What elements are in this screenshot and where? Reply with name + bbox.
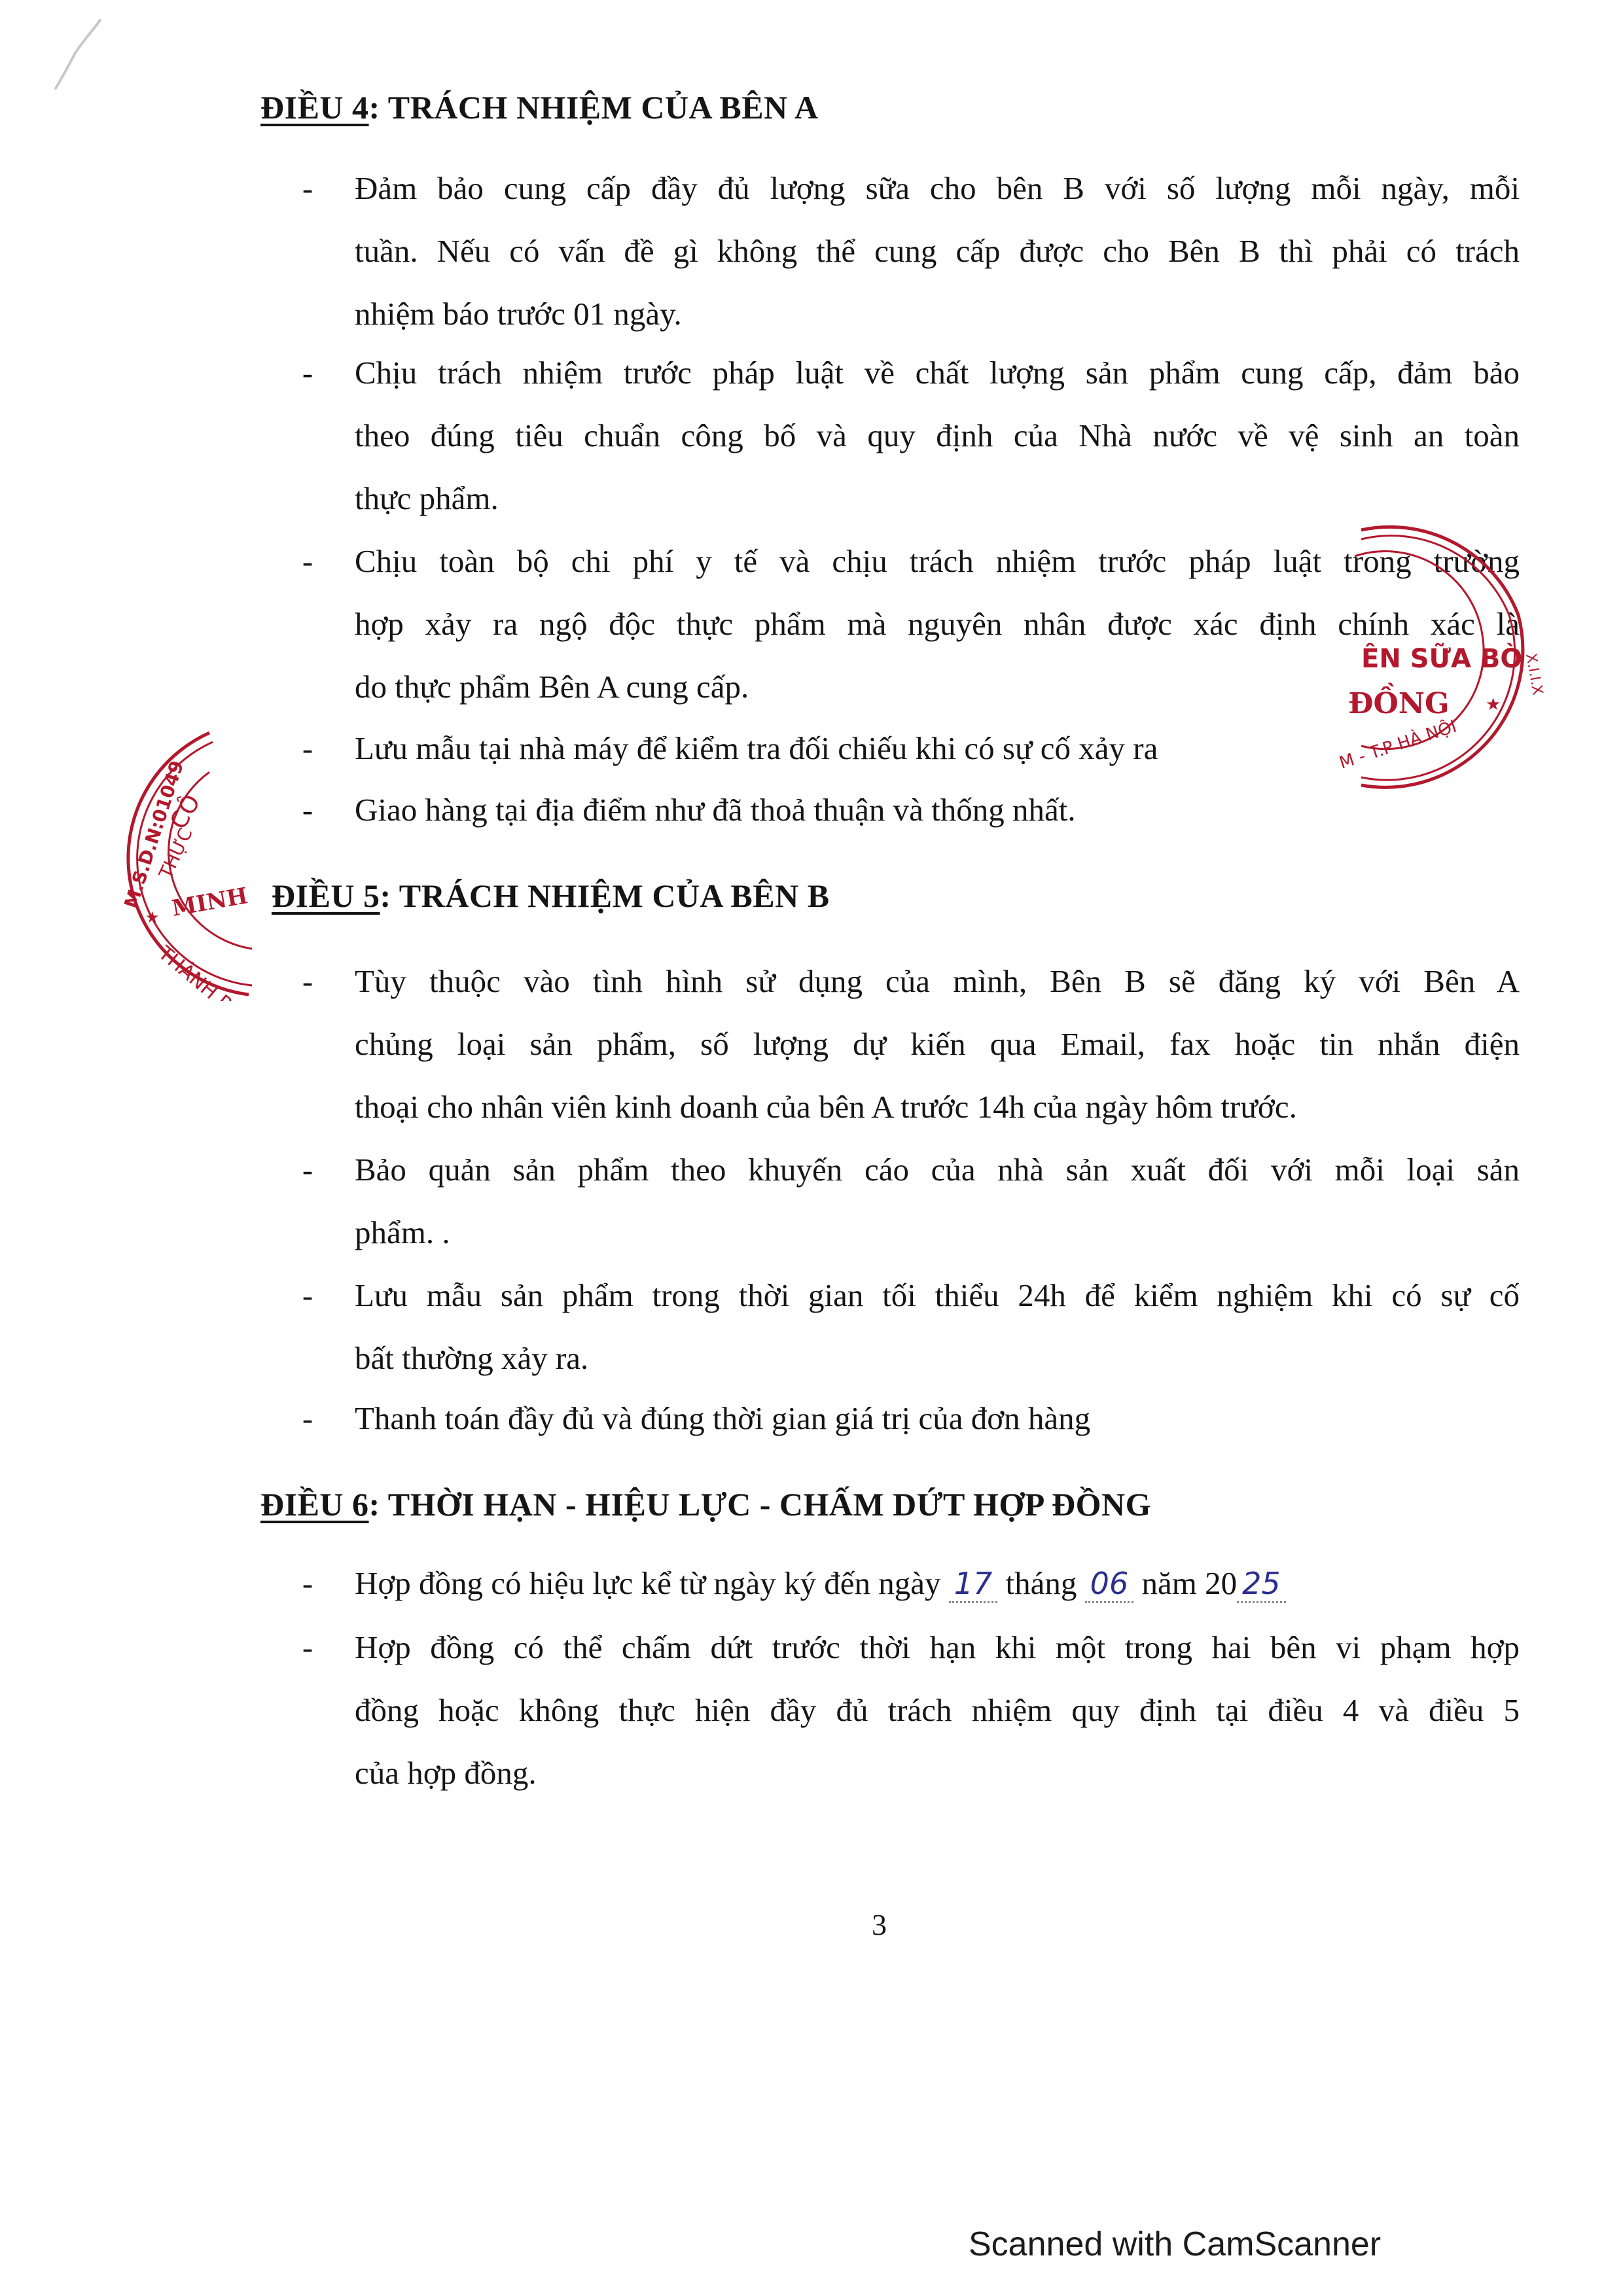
bullet-dash: - <box>301 1616 314 1679</box>
section-title: : TRÁCH NHIỆM CỦA BÊN B <box>380 877 830 914</box>
section-title: : THỜI HẠN - HIỆU LỰC - CHẤM DỨT HỢP ĐỒN… <box>369 1486 1152 1523</box>
svg-text:THÀNH P: THÀNH P <box>153 941 236 1001</box>
section-number: ĐIỀU 5 <box>272 877 380 914</box>
bullet-dash: - <box>301 1264 314 1327</box>
bullet-dash: - <box>301 717 314 780</box>
bullet-dash: - <box>301 1387 314 1450</box>
svg-text:MINH: MINH <box>170 883 250 922</box>
handwritten-year: 25 <box>1237 1566 1286 1603</box>
bullet-dash: - <box>301 779 314 841</box>
section-heading-dieu-4: ĐIỀU 4: TRÁCH NHIỆM CỦA BÊN A <box>260 88 819 126</box>
bullet-dash: - <box>301 1552 314 1615</box>
section-title: : TRÁCH NHIỆM CỦA BÊN A <box>369 89 819 126</box>
camscanner-watermark: Scanned with CamScanner <box>969 2225 1381 2264</box>
svg-text:★: ★ <box>145 910 160 927</box>
section-heading-dieu-6: ĐIỀU 6: THỜI HẠN - HIỆU LỰC - CHẤM DỨT H… <box>260 1485 1151 1523</box>
svg-text:X.I.I.X: X.I.I.X <box>1522 652 1546 696</box>
bullet-dash: - <box>301 1139 314 1201</box>
section-number: ĐIỀU 4 <box>260 89 369 126</box>
bullet-dash: - <box>301 950 314 1013</box>
bullet-dash: - <box>301 530 314 593</box>
bullet-dash: - <box>301 342 314 404</box>
svg-text:M.S.D.N:01049: M.S.D.N:01049 <box>120 758 188 911</box>
svg-text:THỰC: THỰC <box>154 824 197 883</box>
page-number: 3 <box>872 1907 887 1942</box>
svg-text:CÔ: CÔ <box>164 790 205 834</box>
handwritten-day: 17 <box>954 1566 993 1601</box>
bullet-dash: - <box>301 157 314 220</box>
handwritten-month: 06 <box>1090 1566 1129 1601</box>
contract-page: ĐIỀU 4: TRÁCH NHIỆM CỦA BÊN A - Đảm bảo … <box>0 0 1623 2296</box>
section-number: ĐIỀU 6 <box>260 1486 369 1523</box>
company-stamp-left: M.S.D.N:01049 CÔ THỰC MINH ★ THÀNH P <box>111 726 281 1001</box>
corner-scan-mark <box>36 10 115 98</box>
section-heading-dieu-5: ĐIỀU 5: TRÁCH NHIỆM CỦA BÊN B <box>272 877 830 915</box>
